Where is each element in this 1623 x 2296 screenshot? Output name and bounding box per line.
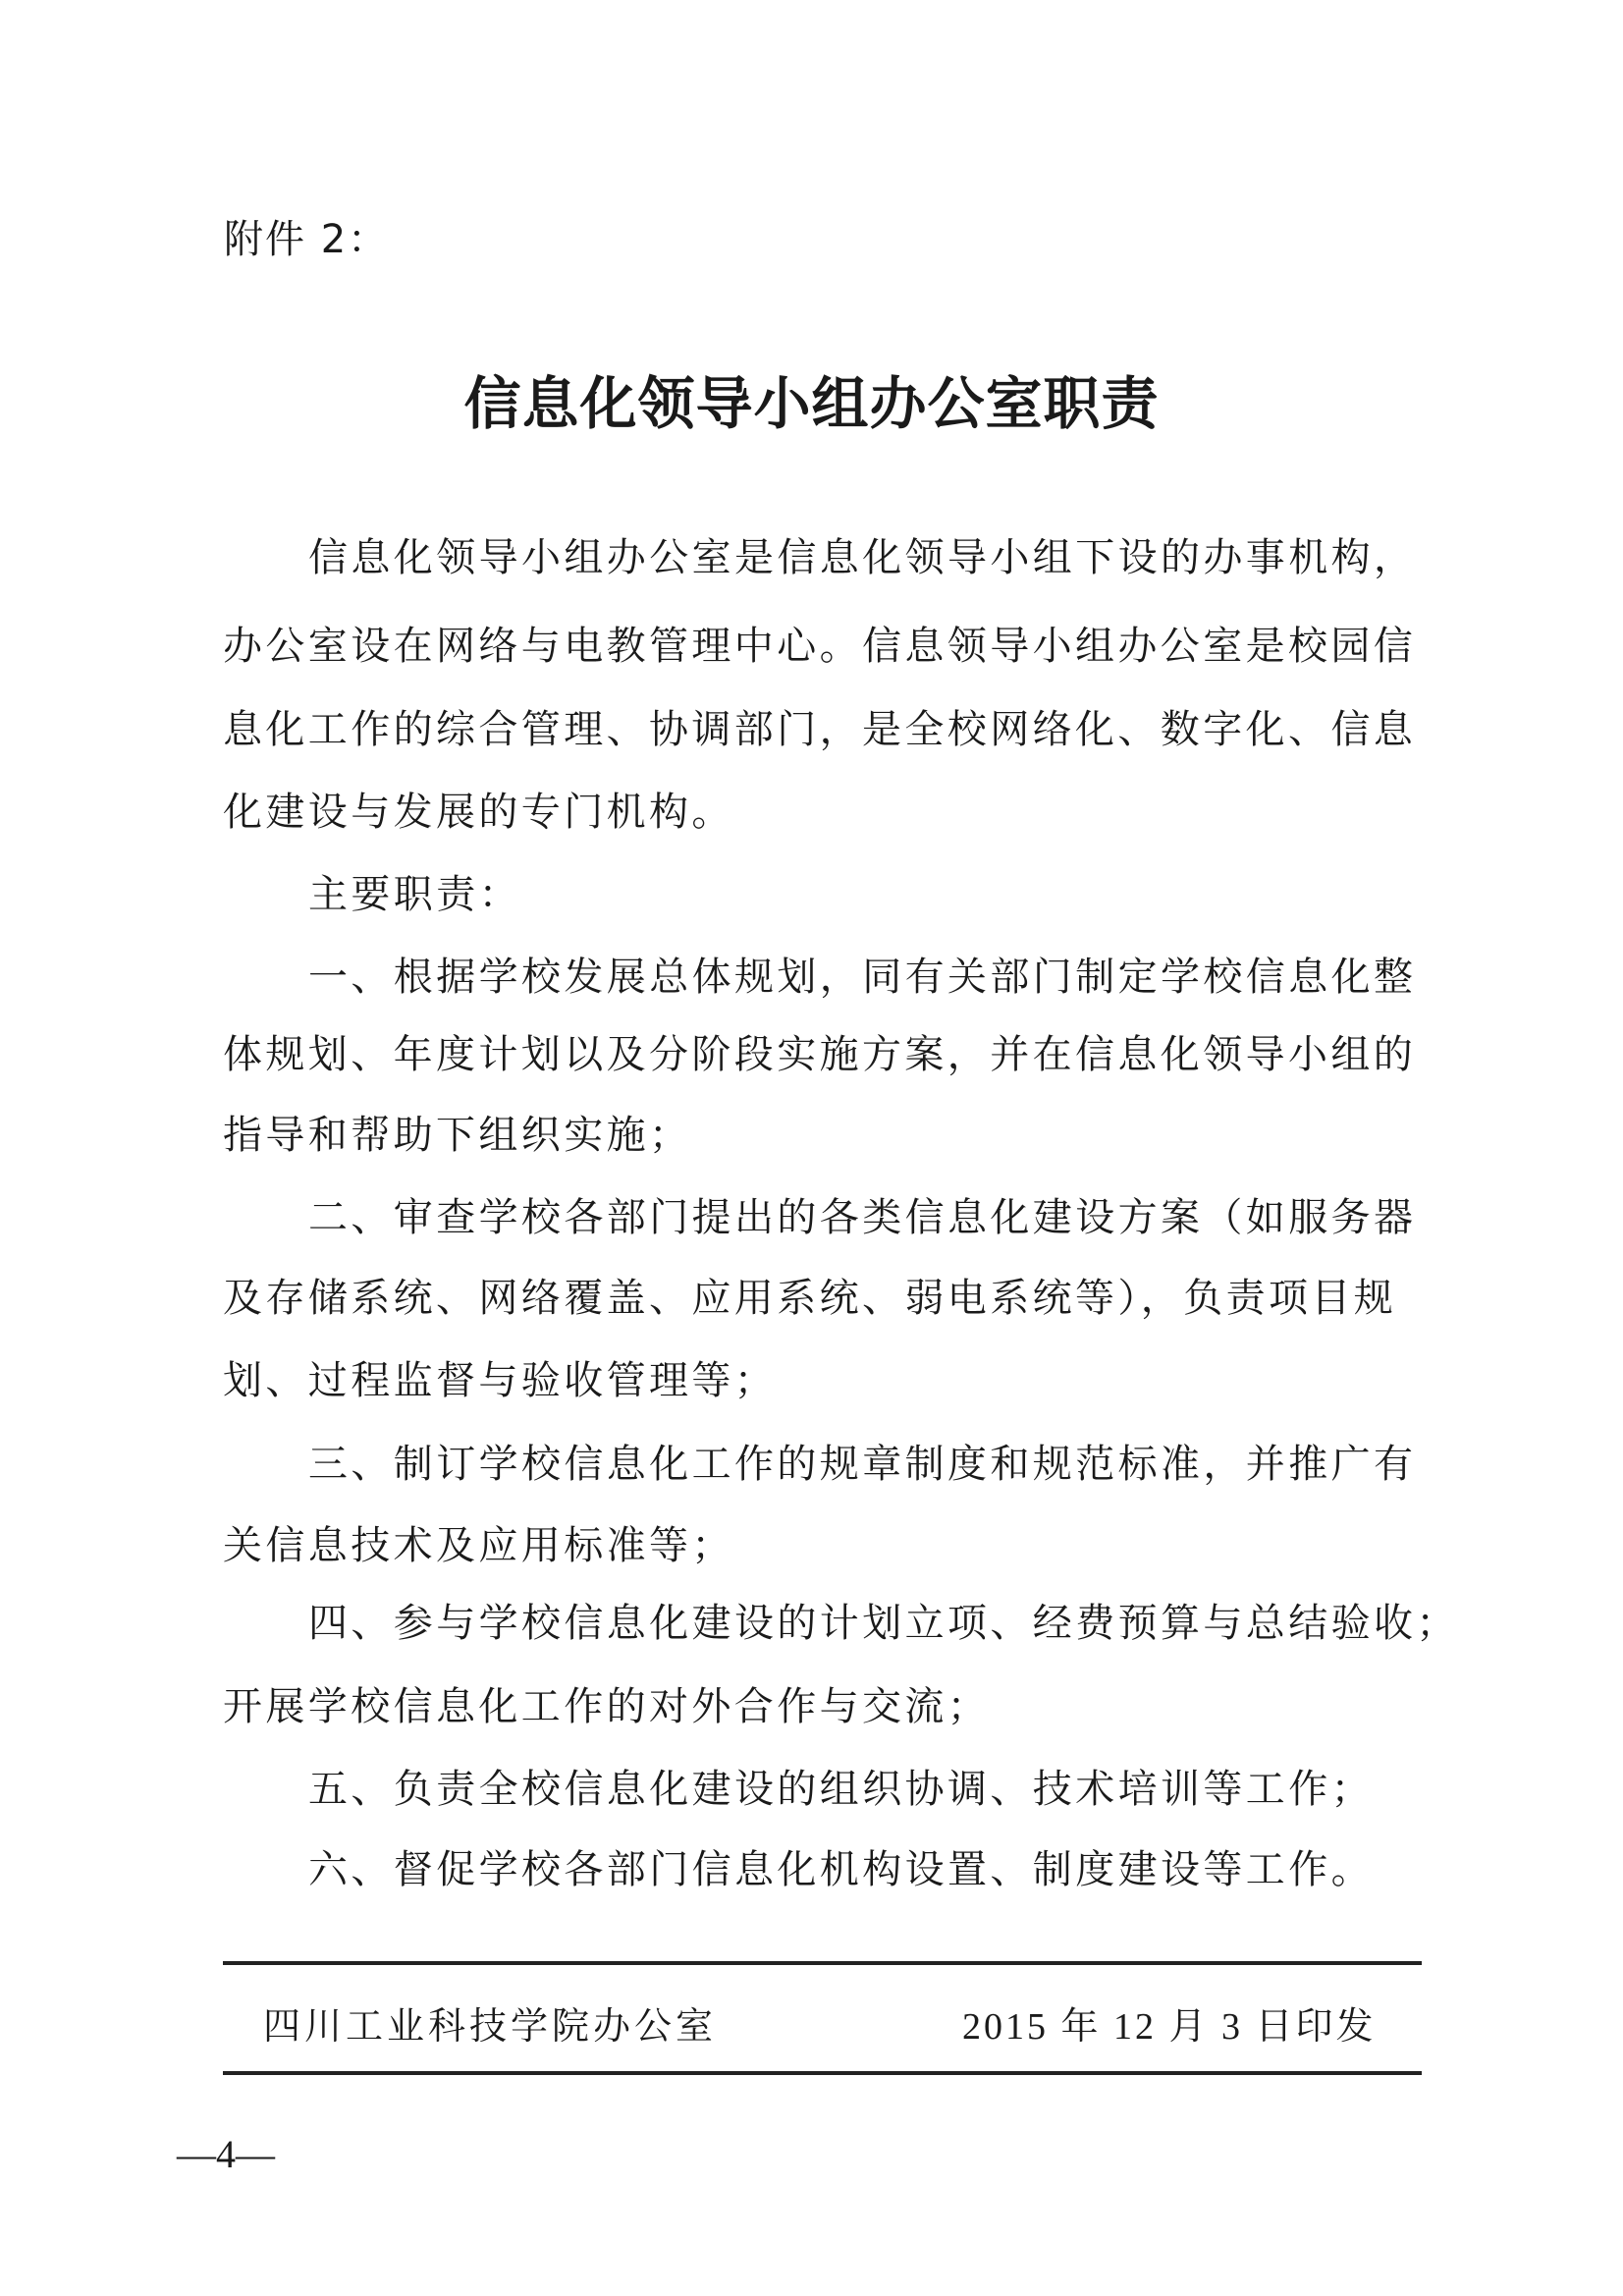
body-line: 四、参与学校信息化建设的计划立项、经费预算与总结验收；	[223, 1600, 1426, 1647]
body-line: 关信息技术及应用标准等；	[223, 1522, 1426, 1569]
document-title: 信息化领导小组办公室职责	[0, 357, 1623, 440]
body-line: 划、过程监督与验收管理等；	[223, 1357, 1426, 1404]
body-line: 五、负责全校信息化建设的组织协调、技术培训等工作；	[223, 1766, 1426, 1813]
footer-date: 2015 年 12 月 3 日印发	[962, 1995, 1377, 2050]
body-line: 息化工作的综合管理、协调部门，是全校网络化、数字化、信息	[223, 706, 1426, 753]
page-number: —4—	[177, 2131, 275, 2177]
body-line: 办公室设在网络与电教管理中心。信息领导小组办公室是校园信	[223, 623, 1426, 670]
body-line: 及存储系统、网络覆盖、应用系统、弱电系统等），负责项目规	[223, 1275, 1426, 1322]
body-line: 指导和帮助下组织实施；	[223, 1112, 1426, 1159]
body-line: 信息化领导小组办公室是信息化领导小组下设的办事机构，	[223, 534, 1426, 581]
body-line: 体规划、年度计划以及分阶段实施方案，并在信息化领导小组的	[223, 1031, 1426, 1078]
body-line: 主要职责：	[223, 871, 1426, 918]
body-line: 六、督促学校各部门信息化机构设置、制度建设等工作。	[223, 1846, 1426, 1893]
footer-top-rule	[223, 1961, 1422, 1965]
body-line: 化建设与发展的专门机构。	[223, 789, 1426, 836]
attachment-label: 附件 2：	[224, 208, 389, 264]
body-line: 二、审查学校各部门提出的各类信息化建设方案（如服务器	[223, 1194, 1426, 1241]
body-line: 开展学校信息化工作的对外合作与交流；	[223, 1683, 1426, 1730]
body-line: 三、制订学校信息化工作的规章制度和规范标准，并推广有	[223, 1441, 1426, 1488]
body-line: 一、根据学校发展总体规划，同有关部门制定学校信息化整	[223, 954, 1426, 1001]
footer-issuer: 四川工业科技学院办公室	[263, 1995, 717, 2050]
footer-bottom-rule	[223, 2071, 1422, 2075]
